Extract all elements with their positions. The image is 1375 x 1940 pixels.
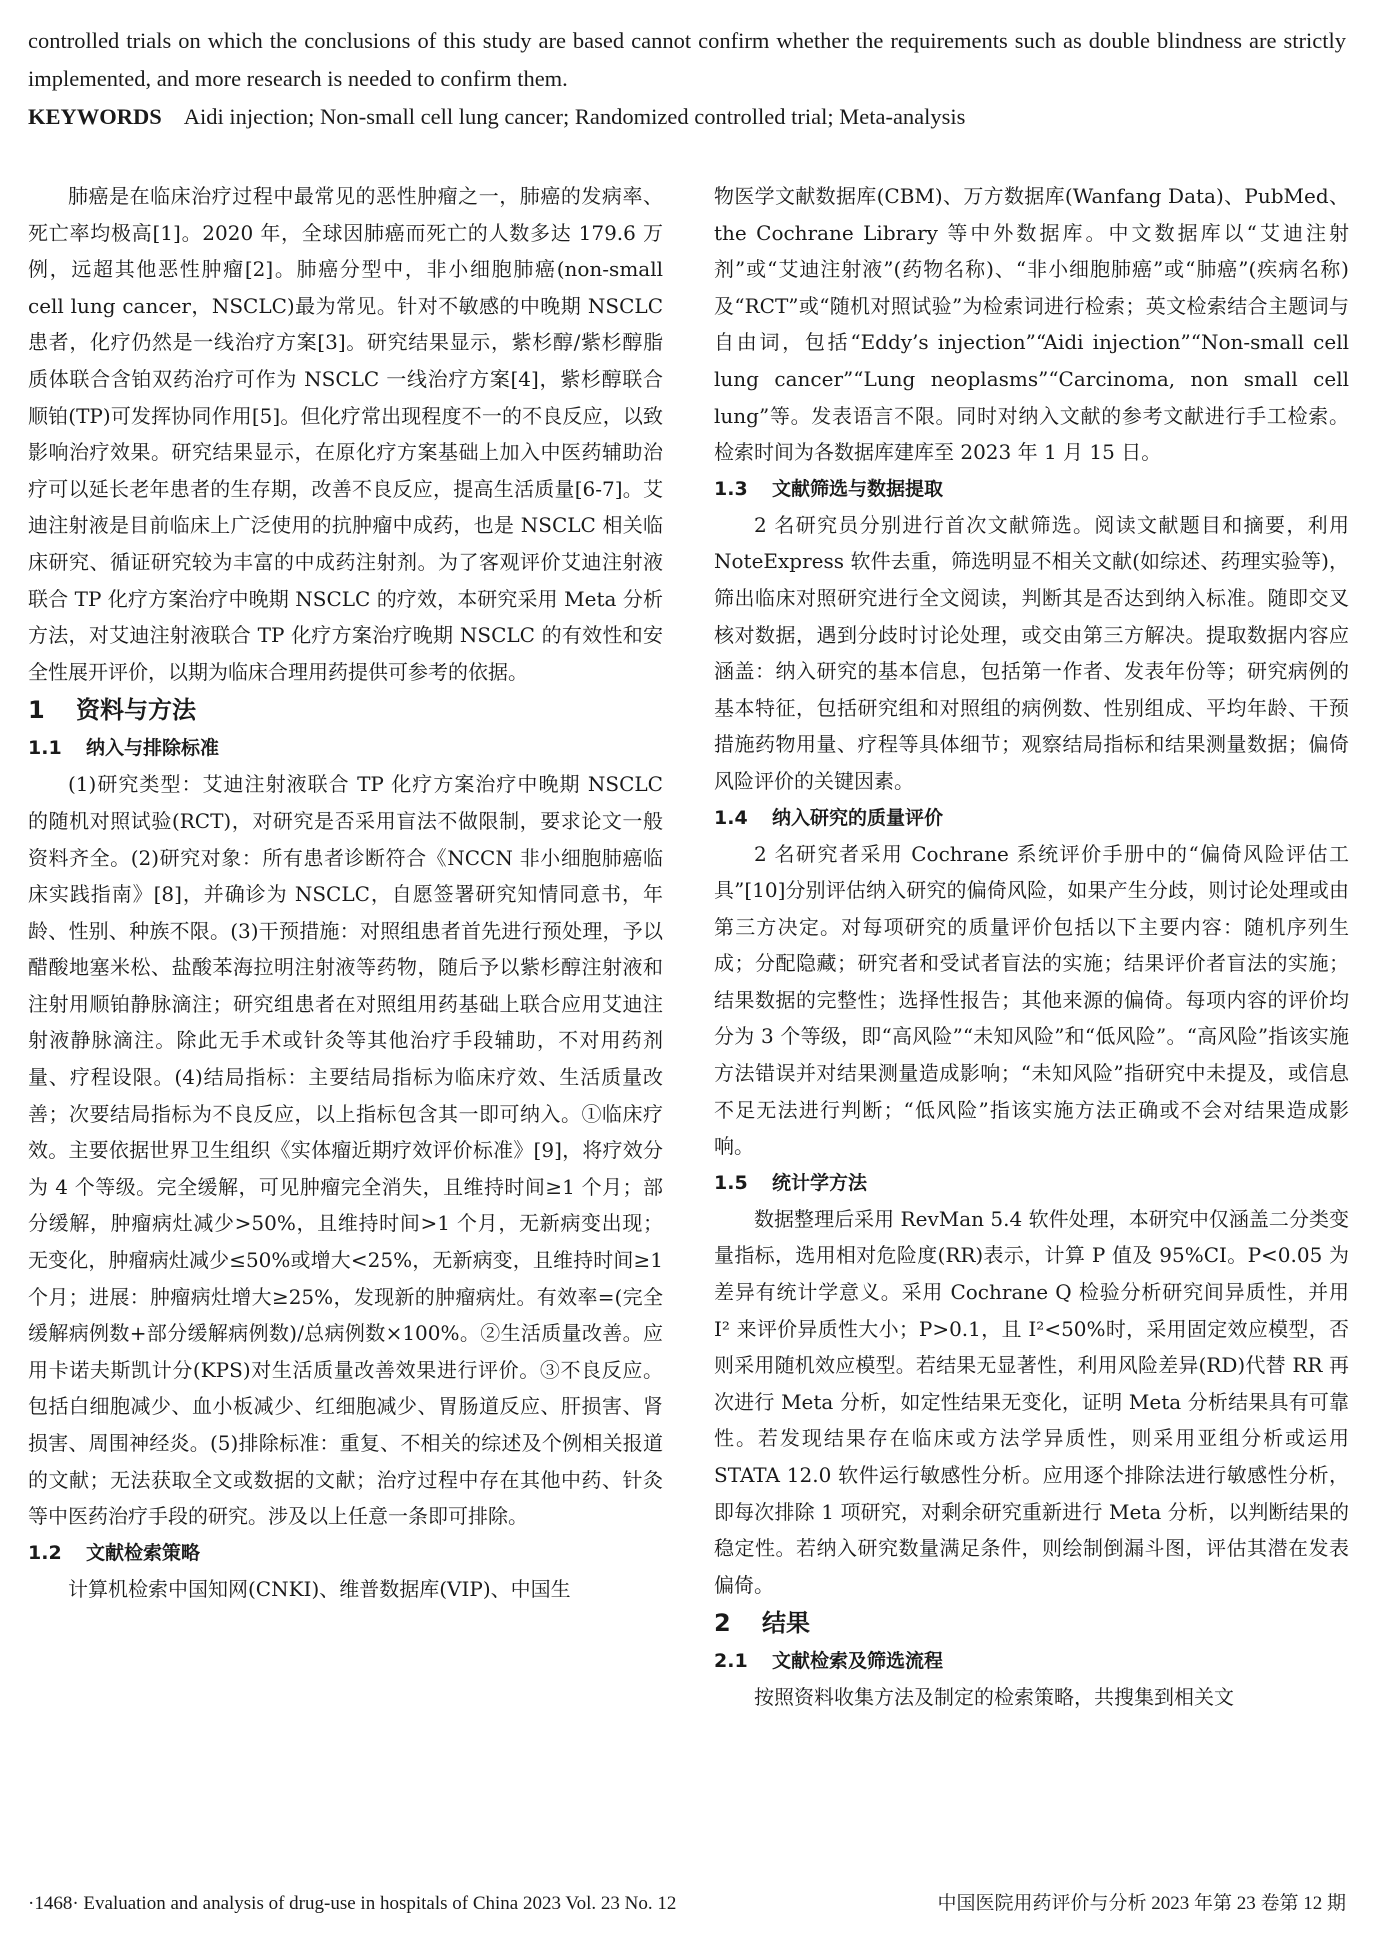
subsection-number: 1.3	[714, 471, 772, 507]
intro-paragraph: 肺癌是在临床治疗过程中最常见的恶性肿瘤之一，肺癌的发病率、死亡率均极高[1]。2…	[28, 178, 663, 690]
subsection-heading-1-2: 1.2文献检索策略	[28, 1535, 663, 1571]
section-heading-2: 2结果	[714, 1603, 1349, 1643]
subsection-number: 1.2	[28, 1535, 86, 1571]
search-strategy-paragraph-cont: 物医学文献数据库(CBM)、万方数据库(Wanfang Data)、PubMed…	[714, 178, 1349, 471]
section-title: 结果	[762, 1609, 810, 1637]
keywords-text: Aidi injection; Non-small cell lung canc…	[184, 104, 966, 129]
right-column: 物医学文献数据库(CBM)、万方数据库(Wanfang Data)、PubMed…	[714, 178, 1349, 1716]
subsection-heading-1-1: 1.1纳入与排除标准	[28, 730, 663, 766]
section-heading-1: 1资料与方法	[28, 690, 663, 730]
subsection-title: 统计学方法	[772, 1172, 867, 1194]
section-number: 1	[28, 690, 76, 730]
subsection-title: 文献检索及筛选流程	[772, 1650, 943, 1672]
subsection-heading-1-4: 1.4纳入研究的质量评价	[714, 800, 1349, 836]
abstract-continuation: controlled trials on which the conclusio…	[28, 22, 1346, 98]
subsection-title: 文献筛选与数据提取	[772, 478, 943, 500]
subsection-title: 纳入研究的质量评价	[772, 807, 943, 829]
footer-right: 中国医院用药评价与分析 2023 年第 23 卷第 12 期	[937, 1891, 1346, 1917]
inclusion-criteria-paragraph: (1)研究类型：艾迪注射液联合 TP 化疗方案治疗中晚期 NSCLC 的随机对照…	[28, 766, 663, 1534]
footer-left: ·1468· Evaluation and analysis of drug-u…	[28, 1891, 676, 1917]
section-title: 资料与方法	[76, 696, 196, 724]
retrieval-flow-paragraph-start: 按照资料收集方法及制定的检索策略，共搜集到相关文	[714, 1679, 1349, 1716]
subsection-title: 文献检索策略	[86, 1542, 200, 1564]
page-footer: ·1468· Evaluation and analysis of drug-u…	[28, 1891, 1346, 1917]
quality-evaluation-paragraph: 2 名研究者采用 Cochrane 系统评价手册中的“偏倚风险评估工具”[10]…	[714, 836, 1349, 1165]
subsection-title: 纳入与排除标准	[86, 737, 219, 759]
screening-paragraph: 2 名研究员分别进行首次文献筛选。阅读文献题目和摘要，利用 NoteExpres…	[714, 507, 1349, 800]
keywords-line: KEYWORDSAidi injection; Non-small cell l…	[28, 98, 1346, 136]
subsection-number: 2.1	[714, 1643, 772, 1679]
section-number: 2	[714, 1603, 762, 1643]
left-column: 肺癌是在临床治疗过程中最常见的恶性肿瘤之一，肺癌的发病率、死亡率均极高[1]。2…	[28, 178, 663, 1607]
keywords-label: KEYWORDS	[28, 104, 162, 129]
subsection-heading-1-5: 1.5统计学方法	[714, 1165, 1349, 1201]
search-strategy-paragraph-start: 计算机检索中国知网(CNKI)、维普数据库(VIP)、中国生	[28, 1571, 663, 1608]
subsection-number: 1.4	[714, 800, 772, 836]
subsection-heading-1-3: 1.3文献筛选与数据提取	[714, 471, 1349, 507]
statistics-paragraph: 数据整理后采用 RevMan 5.4 软件处理，本研究中仅涵盖二分类变量指标，选…	[714, 1201, 1349, 1604]
subsection-number: 1.1	[28, 730, 86, 766]
subsection-number: 1.5	[714, 1165, 772, 1201]
subsection-heading-2-1: 2.1文献检索及筛选流程	[714, 1643, 1349, 1679]
